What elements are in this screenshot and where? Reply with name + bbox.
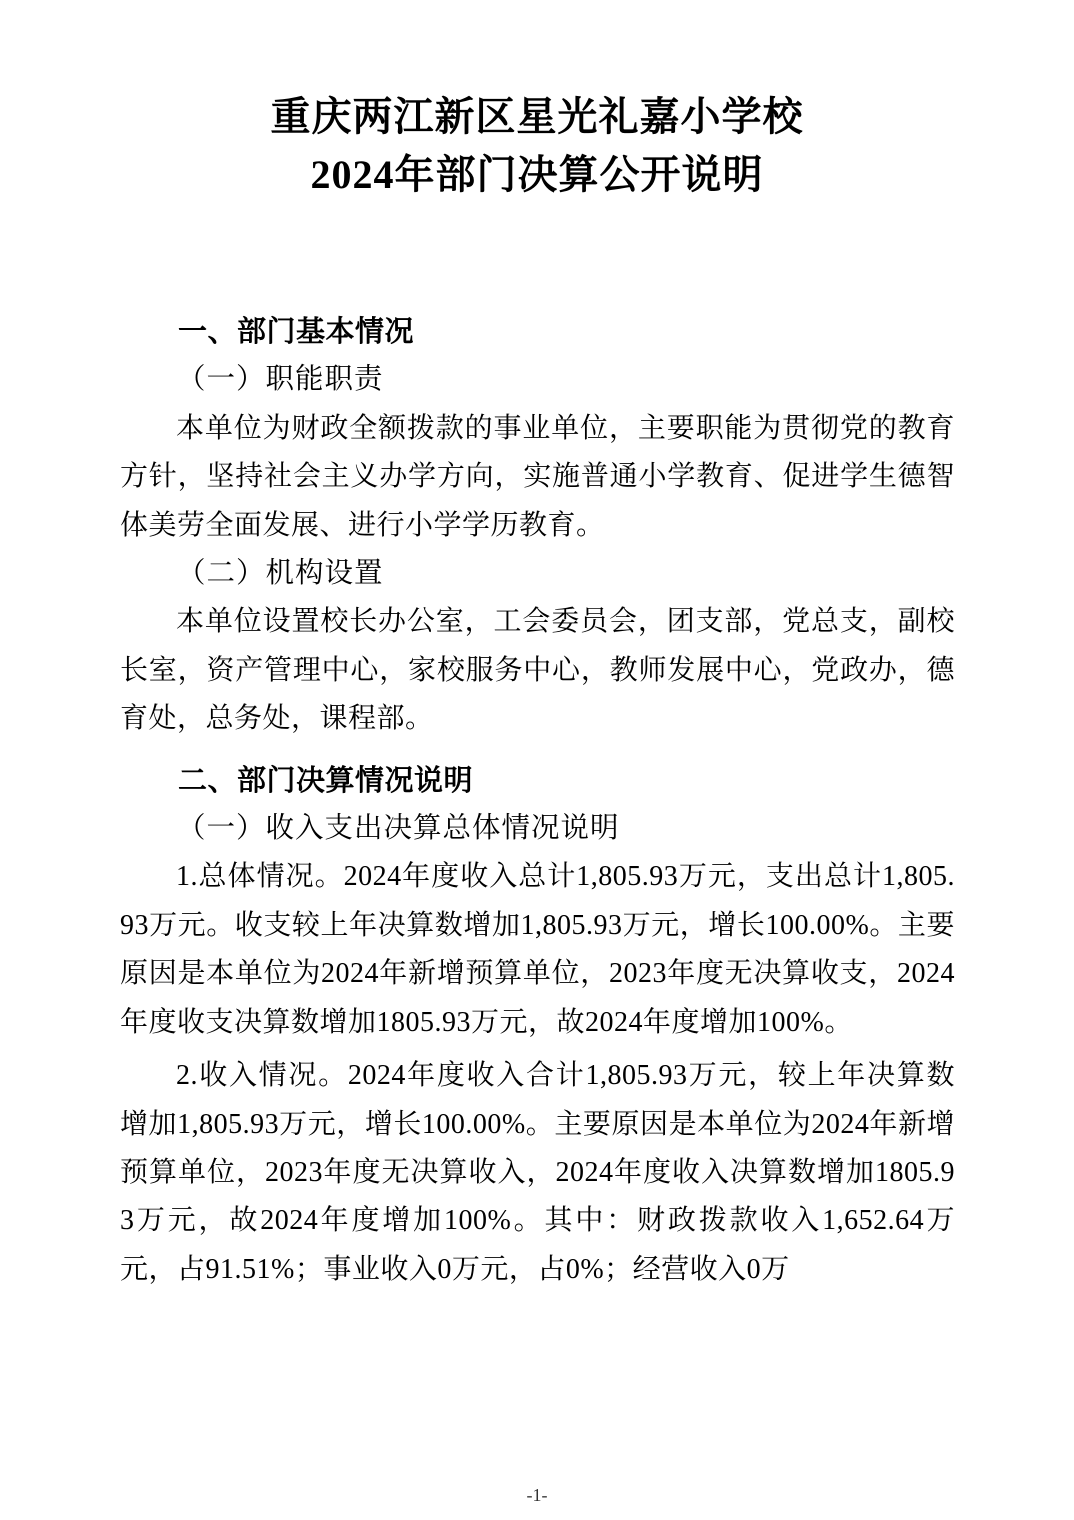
subsection-heading-duties: （一）职能职责 — [120, 356, 955, 404]
subsection-heading-organization: （二）机构设置 — [120, 550, 955, 598]
section-heading-final-accounts: 二、部门决算情况说明 — [120, 757, 955, 805]
section-heading-basic-info: 一、部门基本情况 — [120, 308, 955, 356]
document-page: 重庆两江新区星光礼嘉小学校 2024年部门决算公开说明 一、部门基本情况 （一）… — [0, 0, 1074, 1520]
paragraph-organization: 本单位设置校长办公室，工会委员会，团支部，党总支，副校长室，资产管理中心，家校服… — [120, 598, 955, 743]
paragraph-income-situation: 2.收入情况。2024年度收入合计1,805.93万元，较上年决算数增加1,80… — [120, 1052, 955, 1294]
title-line-1: 重庆两江新区星光礼嘉小学校 — [120, 88, 954, 146]
subsection-heading-income-expenditure-overview: （一）收入支出决算总体情况说明 — [120, 805, 955, 853]
paragraph-duties: 本单位为财政全额拨款的事业单位，主要职能为贯彻党的教育方针，坚持社会主义办学方向… — [120, 405, 955, 550]
paragraph-overall-situation: 1.总体情况。2024年度收入总计1,805.93万元，支出总计1,805.93… — [120, 853, 955, 1047]
document-body: 一、部门基本情况 （一）职能职责 本单位为财政全额拨款的事业单位，主要职能为贯彻… — [120, 308, 955, 1294]
document-title: 重庆两江新区星光礼嘉小学校 2024年部门决算公开说明 — [120, 88, 954, 204]
page-number: -1- — [0, 1485, 1074, 1506]
title-line-2: 2024年部门决算公开说明 — [120, 146, 954, 204]
